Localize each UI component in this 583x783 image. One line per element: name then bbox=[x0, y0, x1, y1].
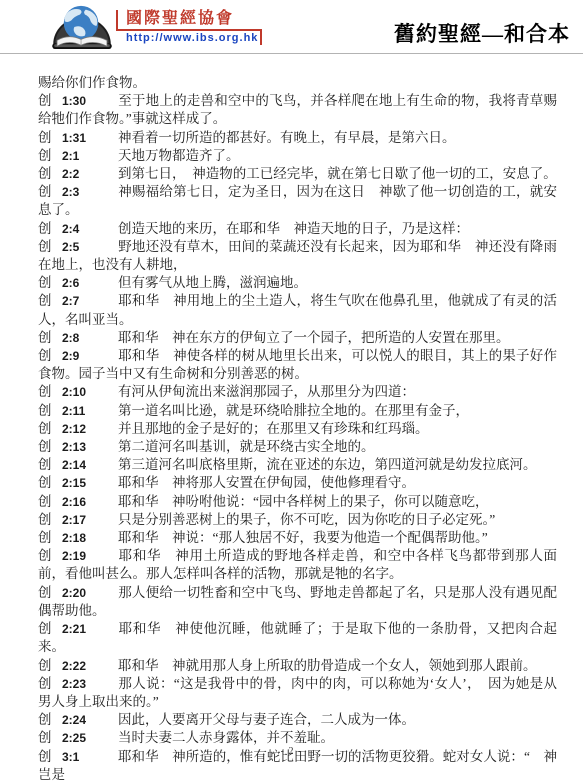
verse-text: 天地万物都造齐了。 bbox=[118, 148, 240, 163]
book-code: 创 bbox=[38, 402, 62, 420]
verse-row: 创2:20那人便给一切牲畜和空中飞鸟、野地走兽都起了名，只是那人没有遇见配偶帮助… bbox=[38, 584, 557, 620]
verse-list: 创1:30至于地上的走兽和空中的飞鸟，并各样爬在地上有生命的物，我将青草赐给牠们… bbox=[38, 92, 557, 783]
verse-row: 创2:6但有雾气从地上腾，滋润遍地。 bbox=[38, 274, 557, 292]
verse-text: 只是分别善恶树上的果子，你不可吃，因为你吃的日子必定死。” bbox=[118, 512, 495, 527]
book-code: 创 bbox=[38, 129, 62, 147]
verse-text: 并且那地的金子是好的；在那里又有珍珠和红玛瑙。 bbox=[118, 421, 429, 436]
book-code: 创 bbox=[38, 547, 62, 565]
verse-number: 2:22 bbox=[62, 657, 118, 675]
verse-number: 2:11 bbox=[62, 402, 118, 420]
book-code: 创 bbox=[38, 511, 62, 529]
verse-text: 但有雾气从地上腾，滋润遍地。 bbox=[118, 275, 307, 290]
verse-row: 创2:16耶和华 神吩咐他说：“园中各样树上的果子，你可以随意吃， bbox=[38, 493, 557, 511]
verse-number: 2:18 bbox=[62, 529, 118, 547]
verse-text: 神看着一切所造的都甚好。有晚上，有早晨，是第六日。 bbox=[118, 130, 456, 145]
verse-row: 创2:12并且那地的金子是好的；在那里又有珍珠和红玛瑙。 bbox=[38, 420, 557, 438]
org-name: 國際聖經協會 bbox=[116, 10, 262, 31]
verse-row: 创2:4创造天地的来历，在耶和华 神造天地的日子，乃是这样： bbox=[38, 220, 557, 238]
scripture-content: 赐给你们作食物。 创1:30至于地上的走兽和空中的飞鸟，并各样爬在地上有生命的物… bbox=[38, 74, 557, 783]
verse-text: 耶和华 神说：“那人独居不好，我要为他造一个配偶帮助他。” bbox=[118, 530, 488, 545]
verse-text: 有河从伊甸流出来滋润那园子，从那里分为四道： bbox=[118, 384, 415, 399]
document-page: 國際聖經協會 http://www.ibs.org.hk 舊約聖經—和合本 赐给… bbox=[0, 0, 583, 783]
verse-number: 2:24 bbox=[62, 711, 118, 729]
book-code: 创 bbox=[38, 711, 62, 729]
book-code: 创 bbox=[38, 238, 62, 256]
book-code: 创 bbox=[38, 147, 62, 165]
verse-number: 2:10 bbox=[62, 383, 118, 401]
verse-number: 2:8 bbox=[62, 329, 118, 347]
verse-number: 1:30 bbox=[62, 92, 118, 110]
verse-row: 创2:24因此，人要离开父母与妻子连合，二人成为一体。 bbox=[38, 711, 557, 729]
verse-number: 1:31 bbox=[62, 129, 118, 147]
book-code: 创 bbox=[38, 529, 62, 547]
book-code: 创 bbox=[38, 584, 62, 602]
book-code: 创 bbox=[38, 474, 62, 492]
verse-row: 创2:13第二道河名叫基训，就是环绕古实全地的。 bbox=[38, 438, 557, 456]
verse-number: 2:14 bbox=[62, 456, 118, 474]
verse-row: 创2:11第一道名叫比逊，就是环绕哈腓拉全地的。在那里有金子， bbox=[38, 402, 557, 420]
book-code: 创 bbox=[38, 165, 62, 183]
verse-row: 创2:14第三道河名叫底格里斯，流在亚述的东边，第四道河就是幼发拉底河。 bbox=[38, 456, 557, 474]
verse-row: 创2:3神赐福给第七日，定为圣日，因为在这日 神歇了他一切创造的工，就安息了。 bbox=[38, 183, 557, 219]
book-code: 创 bbox=[38, 456, 62, 474]
continuation-line: 赐给你们作食物。 bbox=[38, 74, 557, 92]
verse-row: 创2:25当时夫妻二人赤身露体，并不羞耻。 bbox=[38, 729, 557, 747]
verse-text: 到第七日， 神造物的工已经完毕，就在第七日歇了他一切的工，安息了。 bbox=[118, 166, 557, 181]
verse-text: 耶和华 神将那人安置在伊甸园，使他修理看守。 bbox=[118, 475, 415, 490]
verse-text: 耶和华 神吩咐他说：“园中各样树上的果子，你可以随意吃， bbox=[118, 494, 489, 509]
verse-text: 因此，人要离开父母与妻子连合，二人成为一体。 bbox=[118, 712, 415, 727]
page-number: - 2 - bbox=[0, 746, 583, 757]
book-code: 创 bbox=[38, 620, 62, 638]
verse-row: 创2:18耶和华 神说：“那人独居不好，我要为他造一个配偶帮助他。” bbox=[38, 529, 557, 547]
book-code: 创 bbox=[38, 183, 62, 201]
verse-text: 第二道河名叫基训，就是环绕古实全地的。 bbox=[118, 439, 375, 454]
verse-number: 2:19 bbox=[62, 547, 118, 565]
verse-row: 创2:2到第七日， 神造物的工已经完毕，就在第七日歇了他一切的工，安息了。 bbox=[38, 165, 557, 183]
verse-row: 创1:30至于地上的走兽和空中的飞鸟，并各样爬在地上有生命的物，我将青草赐给牠们… bbox=[38, 92, 557, 128]
globe-over-open-book-icon bbox=[50, 2, 114, 50]
verse-row: 创2:21耶和华 神使他沉睡，他就睡了；于是取下他的一条肋骨，又把肉合起来。 bbox=[38, 620, 557, 656]
verse-row: 创2:10有河从伊甸流出来滋润那园子，从那里分为四道： bbox=[38, 383, 557, 401]
page-header: 國際聖經協會 http://www.ibs.org.hk 舊約聖經—和合本 bbox=[0, 0, 583, 54]
book-code: 创 bbox=[38, 329, 62, 347]
book-code: 创 bbox=[38, 493, 62, 511]
verse-row: 创2:9耶和华 神使各样的树从地里长出来，可以悦人的眼目，其上的果子好作食物。园… bbox=[38, 347, 557, 383]
verse-number: 2:17 bbox=[62, 511, 118, 529]
verse-row: 创1:31神看着一切所造的都甚好。有晚上，有早晨，是第六日。 bbox=[38, 129, 557, 147]
book-code: 创 bbox=[38, 347, 62, 365]
verse-number: 2:13 bbox=[62, 438, 118, 456]
verse-number: 2:1 bbox=[62, 147, 118, 165]
verse-number: 2:23 bbox=[62, 675, 118, 693]
verse-number: 2:16 bbox=[62, 493, 118, 511]
book-code: 创 bbox=[38, 438, 62, 456]
book-code: 创 bbox=[38, 420, 62, 438]
verse-text: 耶和华 神就用那人身上所取的肋骨造成一个女人，领她到那人跟前。 bbox=[118, 658, 537, 673]
verse-row: 创2:23那人说：“这是我骨中的骨，肉中的肉，可以称她为‘女人’， 因为她是从男… bbox=[38, 675, 557, 711]
verse-number: 2:12 bbox=[62, 420, 118, 438]
book-code: 创 bbox=[38, 675, 62, 693]
verse-number: 2:9 bbox=[62, 347, 118, 365]
verse-row: 创2:5野地还没有草木，田间的菜蔬还没有长起来，因为耶和华 神还没有降雨在地上，… bbox=[38, 238, 557, 274]
verse-text: 当时夫妻二人赤身露体，并不羞耻。 bbox=[118, 730, 334, 745]
verse-text: 第一道名叫比逊，就是环绕哈腓拉全地的。在那里有金子， bbox=[118, 403, 469, 418]
document-title: 舊約聖經—和合本 bbox=[394, 18, 570, 48]
verse-number: 2:3 bbox=[62, 183, 118, 201]
org-url-link[interactable]: http://www.ibs.org.hk bbox=[116, 31, 262, 45]
verse-row: 创2:17只是分别善恶树上的果子，你不可吃，因为你吃的日子必定死。” bbox=[38, 511, 557, 529]
book-code: 创 bbox=[38, 729, 62, 747]
book-code: 创 bbox=[38, 657, 62, 675]
verse-number: 2:7 bbox=[62, 292, 118, 310]
logo-text-block: 國際聖經協會 http://www.ibs.org.hk bbox=[116, 10, 262, 45]
verse-number: 2:5 bbox=[62, 238, 118, 256]
book-code: 创 bbox=[38, 383, 62, 401]
verse-row: 创2:1天地万物都造齐了。 bbox=[38, 147, 557, 165]
verse-number: 2:15 bbox=[62, 474, 118, 492]
verse-number: 2:6 bbox=[62, 274, 118, 292]
verse-number: 2:25 bbox=[62, 729, 118, 747]
verse-row: 创2:22耶和华 神就用那人身上所取的肋骨造成一个女人，领她到那人跟前。 bbox=[38, 657, 557, 675]
book-code: 创 bbox=[38, 220, 62, 238]
verse-number: 2:4 bbox=[62, 220, 118, 238]
verse-number: 2:20 bbox=[62, 584, 118, 602]
book-code: 创 bbox=[38, 274, 62, 292]
ibs-logo: 國際聖經協會 http://www.ibs.org.hk bbox=[50, 2, 262, 50]
verse-number: 2:2 bbox=[62, 165, 118, 183]
verse-text: 第三道河名叫底格里斯，流在亚述的东边，第四道河就是幼发拉底河。 bbox=[118, 457, 537, 472]
verse-text: 创造天地的来历，在耶和华 神造天地的日子，乃是这样： bbox=[118, 221, 469, 236]
verse-row: 创2:8耶和华 神在东方的伊甸立了一个园子，把所造的人安置在那里。 bbox=[38, 329, 557, 347]
book-code: 创 bbox=[38, 92, 62, 110]
verse-row: 创2:7耶和华 神用地上的尘土造人，将生气吹在他鼻孔里，他就成了有灵的活人，名叫… bbox=[38, 292, 557, 328]
verse-number: 2:21 bbox=[62, 620, 118, 638]
verse-row: 创2:15耶和华 神将那人安置在伊甸园，使他修理看守。 bbox=[38, 474, 557, 492]
verse-text: 耶和华 神在东方的伊甸立了一个园子，把所造的人安置在那里。 bbox=[118, 330, 510, 345]
verse-row: 创2:19耶和华 神用土所造成的野地各样走兽，和空中各样飞鸟都带到那人面前，看他… bbox=[38, 547, 557, 583]
book-code: 创 bbox=[38, 292, 62, 310]
